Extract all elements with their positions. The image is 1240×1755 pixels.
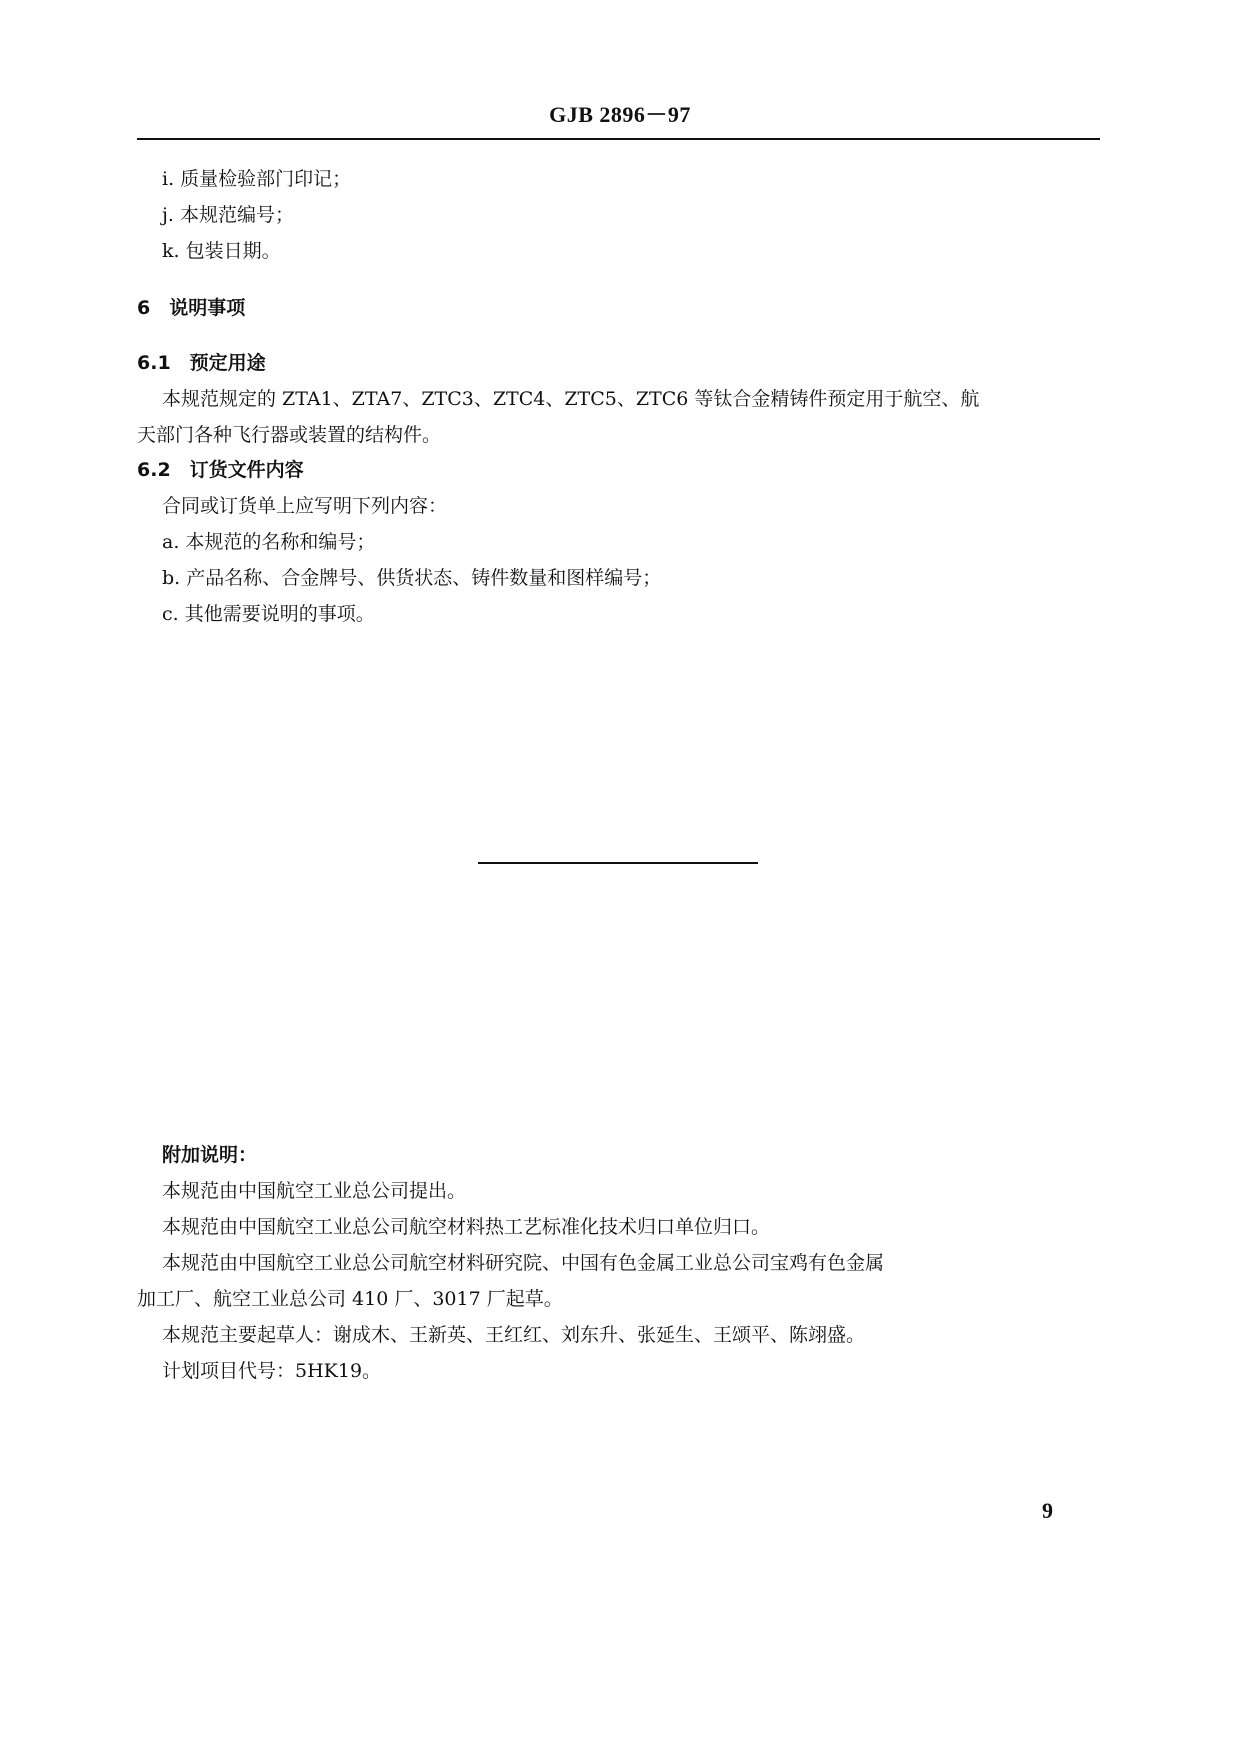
list-item-i: i. 质量检验部门印记； [162,164,351,191]
section-6-1-paragraph-line2: 天部门各种飞行器或装置的结构件。 [137,420,441,447]
order-item-a: a. 本规范的名称和编号； [162,527,375,554]
appendix-line-2: 本规范由中国航空工业总公司航空材料热工艺标准化技术归口单位归口。 [162,1212,770,1239]
end-of-text-rule [478,862,758,864]
appendix-heading: 附加说明： [162,1140,257,1167]
appendix-line-3: 本规范由中国航空工业总公司航空材料研究院、中国有色金属工业总公司宝鸡有色金属 [162,1248,884,1275]
appendix-project-code: 计划项目代号：5HK19。 [162,1356,381,1383]
appendix-drafters: 本规范主要起草人：谢成木、王新英、王红红、刘东升、张延生、王颂平、陈翊盛。 [162,1320,865,1347]
section-6-2-heading: 6.2 订货文件内容 [137,455,304,482]
header-divider [137,138,1100,140]
appendix-line-4: 加工厂、航空工业总公司 410 厂、3017 厂起草。 [137,1284,563,1311]
appendix-line-1: 本规范由中国航空工业总公司提出。 [162,1176,466,1203]
document-code-header: GJB 2896－97 [0,98,1240,129]
list-item-k: k. 包装日期。 [162,236,281,263]
section-6-1-paragraph-line1: 本规范规定的 ZTA1、ZTA7、ZTC3、ZTC4、ZTC5、ZTC6 等钛合… [162,384,979,411]
section-6-2-intro: 合同或订货单上应写明下列内容： [162,491,447,518]
section-6-heading: 6 说明事项 [137,293,245,320]
list-item-j: j. 本规范编号； [162,200,294,227]
section-6-1-heading: 6.1 预定用途 [137,348,266,375]
page-number: 9 [1042,1498,1053,1524]
order-item-b: b. 产品名称、合金牌号、供货状态、铸件数量和图样编号； [162,563,661,590]
order-item-c: c. 其他需要说明的事项。 [162,599,375,626]
